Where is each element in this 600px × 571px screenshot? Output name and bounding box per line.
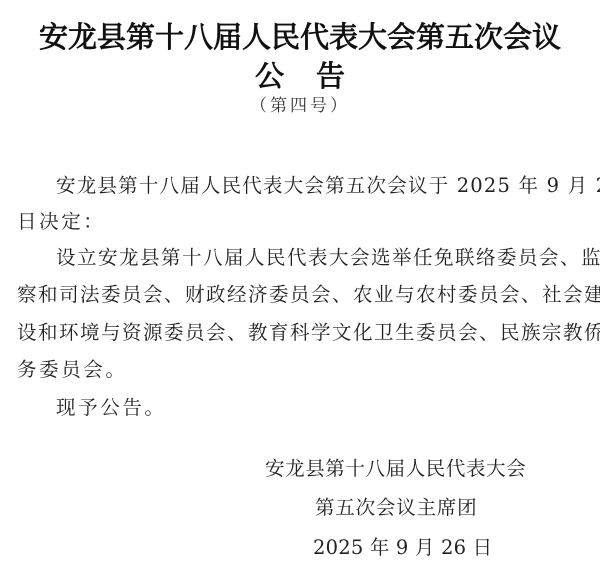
body-line-4: 察和司法委员会、财政经济委员会、农业与农村委员会、社会建 (17, 285, 600, 305)
body-line-3: 设立安龙县第十八届人民代表大会选举任免联络委员会、监 (56, 248, 600, 268)
body-line-1: 安龙县第十八届人民代表大会第五次会议于 2025 年 9 月 26 (56, 176, 600, 196)
body-line-7: 现予公告。 (56, 398, 167, 418)
subtitle-char-left: 公 (255, 59, 284, 93)
document-subtitle: 公告 (0, 62, 600, 91)
issuer-line-1: 安龙县第十八届人民代表大会 (265, 459, 526, 479)
body-line-2: 日决定： (17, 212, 105, 232)
document-title: 安龙县第十八届人民代表大会第五次会议 (0, 23, 600, 52)
subtitle-char-right: 告 (316, 59, 345, 93)
document-number: （第四号） (0, 98, 600, 115)
body-line-5: 设和环境与资源委员会、教育科学文化卫生委员会、民族宗教侨 (17, 323, 600, 343)
issuer-line-2: 第五次会议主席团 (315, 498, 477, 518)
body-line-6: 务委员会。 (17, 360, 128, 380)
signature-date: 2025 年 9 月 26 日 (313, 538, 492, 558)
